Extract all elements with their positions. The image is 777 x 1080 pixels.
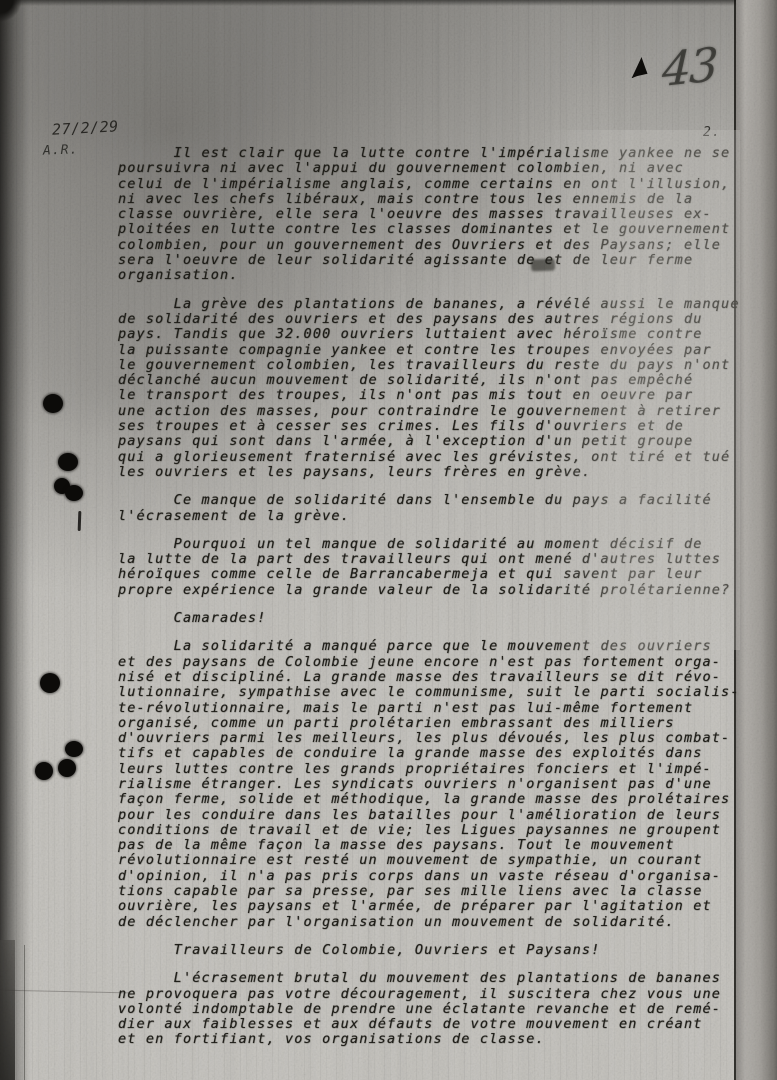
- ink-spot: [65, 485, 83, 501]
- overstrike-smudge: [531, 259, 555, 272]
- ink-spot: [65, 741, 83, 757]
- paragraph-closing: L'écrasement brutal du mouvement des pla…: [118, 971, 758, 1047]
- heading-travailleurs: Travailleurs de Colombie, Ouvriers et Pa…: [118, 943, 758, 958]
- ink-dash: [78, 511, 82, 531]
- document-text: Il est clair que la lutte contre l'impér…: [118, 146, 758, 1061]
- folio-number: 43: [661, 37, 717, 97]
- ink-spot: [58, 759, 76, 777]
- ink-mark: [630, 56, 649, 80]
- paragraph-lack-of-solidarity: Ce manque de solidarité dans l'ensemble …: [118, 493, 758, 524]
- initials-annotation: A.R.: [43, 142, 79, 158]
- paragraph-movement-weakness: La solidarité a manqué parce que le mouv…: [118, 639, 758, 930]
- paragraph-strike-solidarity: La grève des plantations de bananes, a r…: [118, 297, 758, 481]
- top-left-corner-blot: [0, 0, 30, 30]
- paragraph-why-question: Pourquoi un tel manque de solidarité au …: [118, 537, 758, 598]
- heading-camarades: Camarades!: [118, 611, 758, 626]
- date-annotation: 27/2/29: [52, 117, 120, 138]
- left-fold-line: [24, 945, 25, 1080]
- ink-spot: [40, 673, 60, 693]
- left-bottom-edge-strip: [0, 940, 15, 1080]
- ink-spot: [35, 762, 53, 780]
- paragraph-intro: Il est clair que la lutte contre l'impér…: [118, 146, 758, 284]
- page-number: 2.: [703, 125, 721, 140]
- left-edge-shadow: [0, 0, 30, 1080]
- ink-spot: [43, 394, 63, 413]
- top-edge-shadow: [0, 0, 777, 6]
- scanned-document-page: 43 2. 27/2/29 A.R. Il est clair que la l…: [0, 0, 777, 1080]
- ink-spot: [58, 453, 78, 471]
